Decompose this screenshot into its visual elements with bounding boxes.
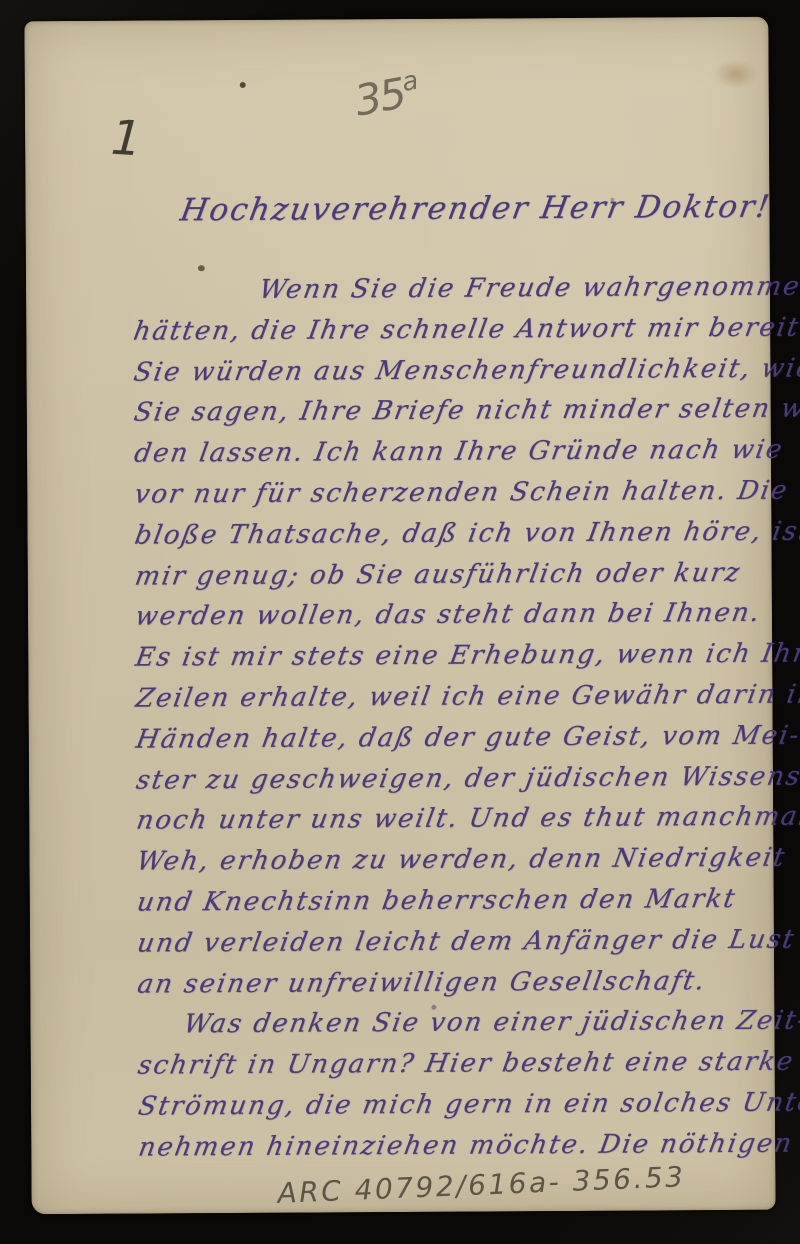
letter-body: Wenn Sie die Freude wahrgenommenhätten, … bbox=[24, 17, 768, 22]
paper-stain bbox=[713, 59, 759, 89]
handwriting-line: Weh, erhoben zu werden, denn Niedrigkeit bbox=[134, 838, 790, 882]
handwriting-line: Zeilen erhalte, weil ich eine Gewähr dar… bbox=[133, 674, 800, 718]
handwriting-line: hätten, die Ihre schnelle Antwort mir be… bbox=[130, 307, 800, 351]
handwriting-line: Es ist mir stets eine Erhebung, wenn ich… bbox=[132, 634, 800, 678]
letter-salutation: Hochzuverehrender Herr Doktor! bbox=[178, 189, 774, 229]
handwriting-line: Sie sagen, Ihre Briefe nicht minder selt… bbox=[131, 389, 800, 433]
folio-number-suffix: a bbox=[400, 66, 421, 98]
handwriting-line: an seiner unfreiwilligen Gesellschaft. bbox=[134, 961, 709, 1005]
handwriting-line: schrift in Ungarn? Hier besteht eine sta… bbox=[135, 1042, 798, 1086]
pencil-page-number: 1 bbox=[109, 110, 143, 168]
letter-page: 1 35a Hochzuverehrender Herr Doktor! Wen… bbox=[24, 17, 775, 1215]
scan-canvas: 1 35a Hochzuverehrender Herr Doktor! Wen… bbox=[0, 0, 800, 1244]
handwriting-line: Händen halte, daß der gute Geist, vom Me… bbox=[133, 715, 800, 759]
handwriting-line: ster zu geschweigen, der jüdischen Wisse… bbox=[133, 756, 800, 801]
pencil-folio-number: 35a bbox=[351, 66, 424, 126]
handwriting-line: werden wollen, das steht dann bei Ihnen. bbox=[132, 593, 764, 637]
handwriting-line: vor nur für scherzenden Schein halten. D… bbox=[131, 471, 791, 515]
pencil-archive-reference: ARC 40792/616a- 356.53 bbox=[277, 1160, 686, 1210]
handwriting-line: und verleiden leicht dem Anfänger die Lu… bbox=[134, 919, 798, 963]
paper-speck bbox=[240, 82, 246, 88]
handwriting-line: Wenn Sie die Freude wahrgenommen bbox=[256, 266, 800, 309]
handwriting-line: mir genug; ob Sie ausführlich oder kurz bbox=[132, 552, 744, 596]
handwriting-line: den lassen. Ich kann Ihre Gründe nach wi… bbox=[131, 430, 787, 474]
handwriting-line: bloße Thatsache, daß ich von Ihnen höre,… bbox=[132, 511, 800, 555]
handwriting-line: Sie würden aus Menschenfreundlichkeit, w… bbox=[131, 348, 800, 392]
handwriting-line: Was denken Sie von einer jüdischen Zeit- bbox=[181, 1001, 800, 1045]
handwriting-line: und Knechtsinn beherrschen den Markt bbox=[134, 879, 740, 923]
handwriting-line: Strömung, die mich gern in ein solches U… bbox=[135, 1082, 800, 1126]
paper-speck bbox=[198, 265, 205, 271]
handwriting-line: noch unter uns weilt. Und es thut manchm… bbox=[133, 797, 800, 841]
handwriting-line: nehmen hineinziehen möchte. Die nöthigen bbox=[135, 1123, 796, 1167]
